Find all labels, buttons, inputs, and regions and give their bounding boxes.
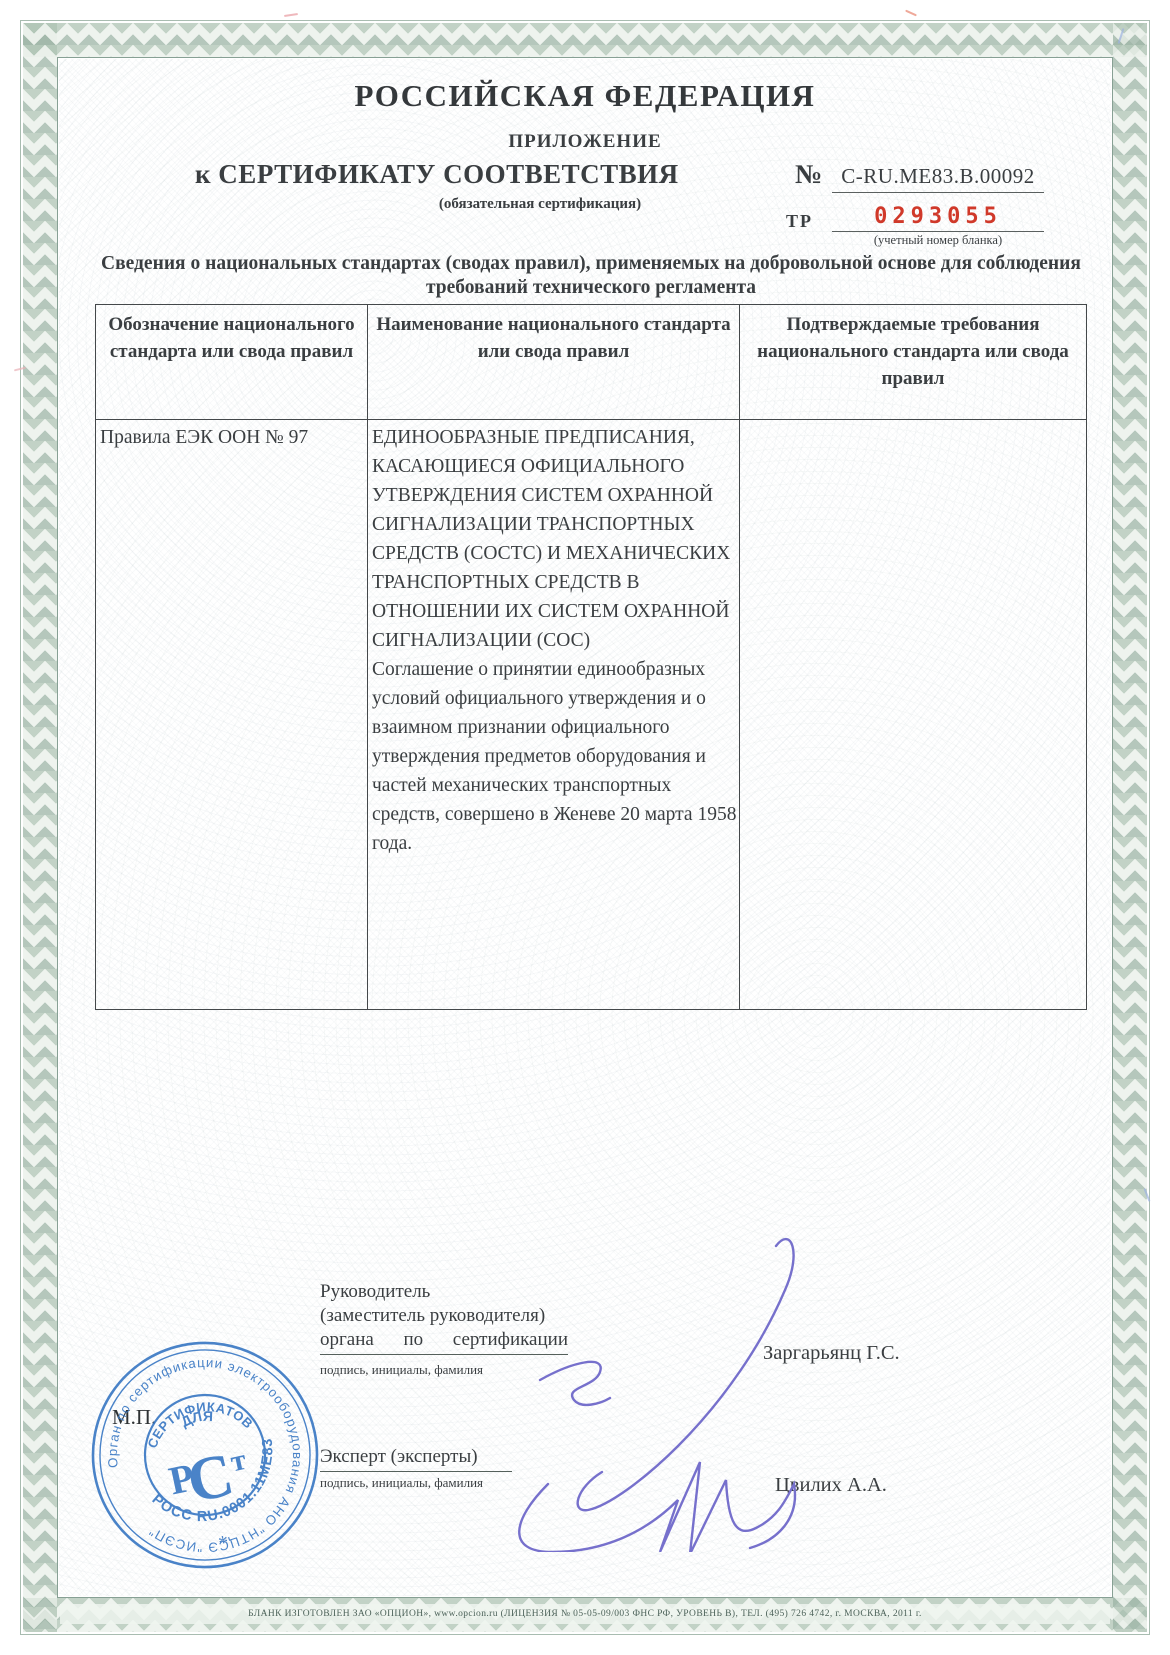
- tr-label: ТР: [786, 211, 813, 232]
- head-name: Заргарьянц Г.С.: [763, 1342, 900, 1365]
- head-signature-loop: [578, 1239, 794, 1510]
- head-role-line2: (заместитель руководителя): [320, 1305, 545, 1326]
- cell-designation: Правила ЕЭК ООН № 97: [96, 420, 367, 1009]
- expert-name: Цвилих А.А.: [775, 1474, 887, 1497]
- number-sign: №: [795, 159, 822, 190]
- standard-name-text: Соглашение о принятии единообразных усло…: [372, 655, 737, 858]
- stamp-star: *: [217, 1531, 231, 1555]
- blank-number-caption: (учетный номер бланка): [832, 233, 1044, 248]
- annex-title: ПРИЛОЖЕНИЕ: [57, 131, 1113, 153]
- table-header-requirements: Подтверждаемые требования национального …: [740, 305, 1086, 419]
- certification-type: (обязательная сертификация): [195, 196, 885, 213]
- table-header-name: Наименование национального стандарта или…: [367, 305, 740, 419]
- handwritten-signatures: [488, 1222, 828, 1552]
- standards-table: Обозначение национального стандарта или …: [95, 304, 1087, 1010]
- expert-role-block: Эксперт (эксперты) подпись, инициалы, фа…: [320, 1446, 512, 1491]
- table-row: Правила ЕЭК ООН № 97 ЕДИНООБРАЗНЫЕ ПРЕДП…: [96, 420, 1086, 1009]
- guilloche-band-top: [23, 23, 1147, 57]
- cell-requirements: [740, 420, 1086, 1009]
- expert-signature-stroke: [519, 1462, 795, 1552]
- footer-strip: БЛАНК ИЗГОТОВЛЕН ЗАО «ОПЦИОН», www.opcio…: [60, 1604, 1110, 1624]
- blank-number: 0293055: [832, 204, 1044, 232]
- intro-paragraph: Сведения о национальных стандартах (свод…: [90, 252, 1092, 300]
- expert-role: Эксперт (эксперты): [320, 1446, 512, 1472]
- cell-standard-name: ЕДИНООБРАЗНЫЕ ПРЕДПИСАНИЯ, КАСАЮЩИЕСЯ ОФ…: [367, 420, 740, 1009]
- head-role-line1: Руководитель: [320, 1281, 430, 1302]
- certificate-number: C-RU.ME83.B.00092: [832, 164, 1044, 193]
- blank-print-info: БЛАНК ИЗГОТОВЛЕН ЗАО «ОПЦИОН», www.opcio…: [248, 1609, 922, 1619]
- head-signature-caption: подпись, инициалы, фамилия: [320, 1358, 568, 1382]
- expert-signature-caption: подпись, инициалы, фамилия: [320, 1475, 512, 1491]
- certificate-line: к СЕРТИФИКАТУ СООТВЕТСТВИЯ: [195, 159, 679, 190]
- certification-stamp: Орган по сертификации электрооборудовани…: [61, 1311, 348, 1598]
- guilloche-band-left: [23, 23, 57, 1632]
- head-role-line3: органа по сертификации: [320, 1328, 568, 1355]
- table-header-row: Обозначение национального стандарта или …: [96, 305, 1086, 420]
- country-title: РОССИЙСКАЯ ФЕДЕРАЦИЯ: [57, 78, 1113, 114]
- head-role-block: Руководитель (заместитель руководителя) …: [320, 1280, 568, 1382]
- standard-name-caps: ЕДИНООБРАЗНЫЕ ПРЕДПИСАНИЯ, КАСАЮЩИЕСЯ ОФ…: [372, 423, 737, 655]
- guilloche-band-right: [1113, 23, 1147, 1632]
- table-header-designation: Обозначение национального стандарта или …: [96, 305, 367, 419]
